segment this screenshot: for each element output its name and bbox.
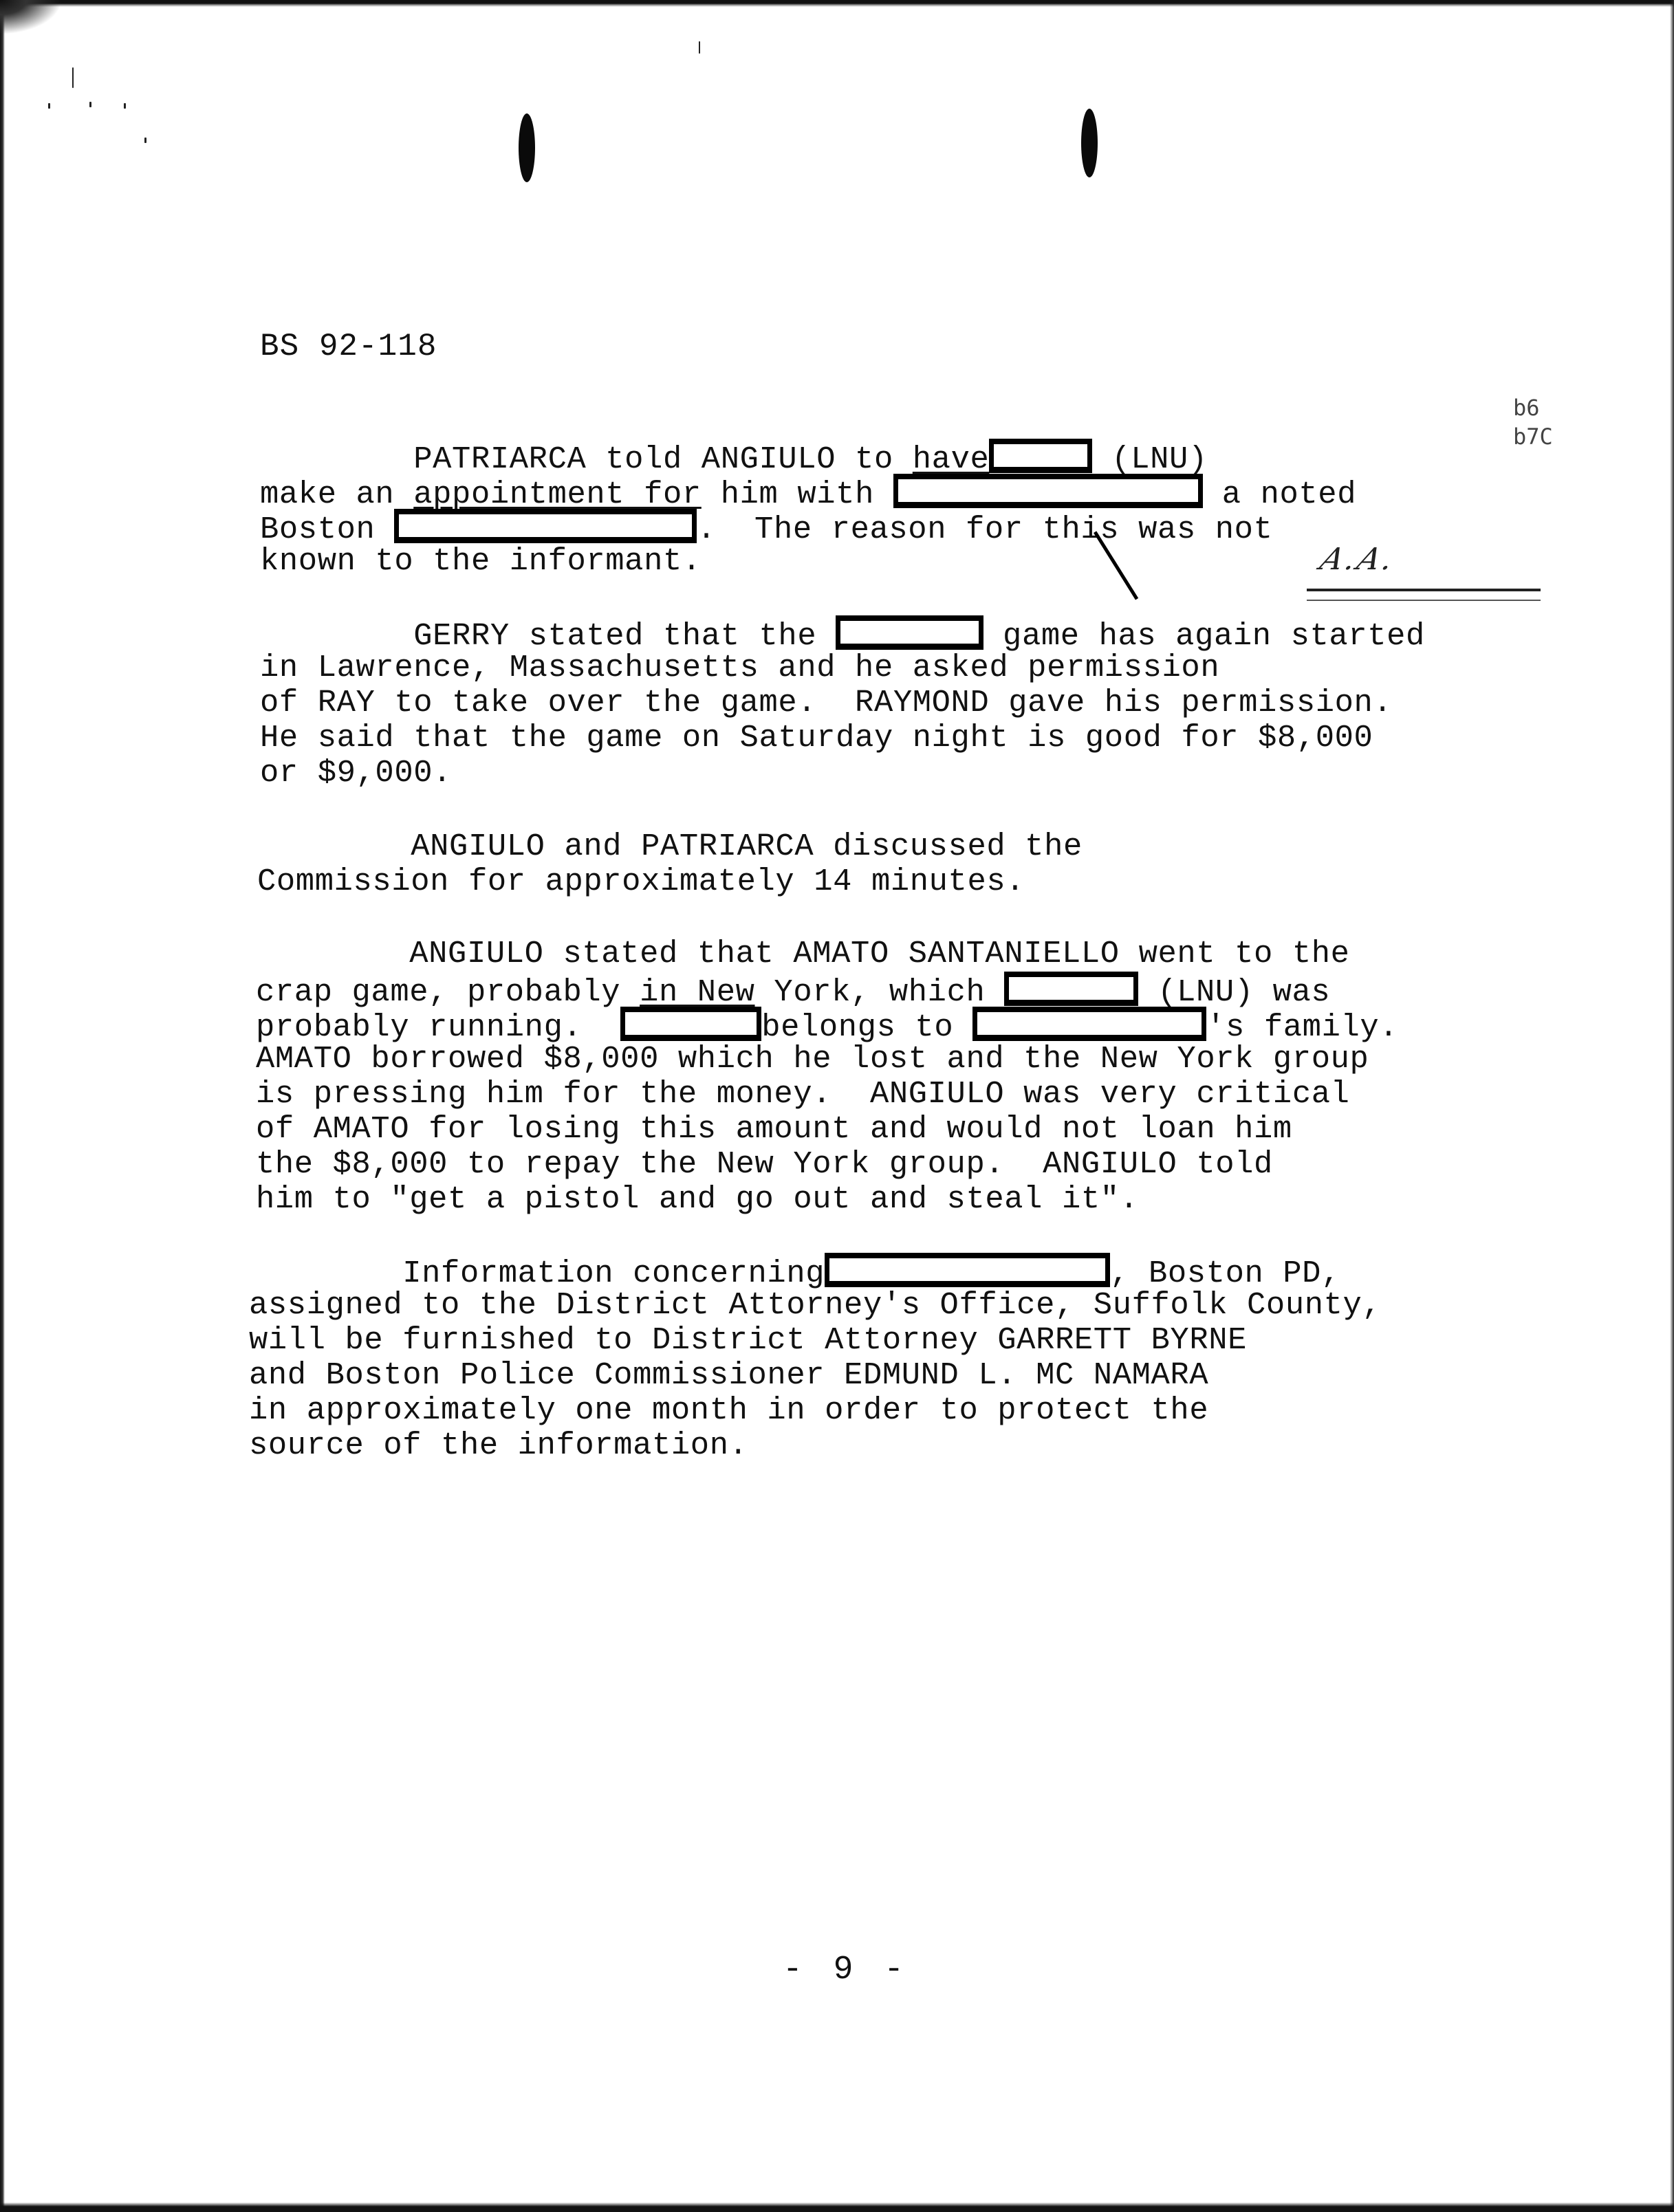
handwritten-initials: A.A. — [1314, 542, 1505, 583]
text-line: is pressing him for the money. ANGIULO w… — [256, 1077, 1398, 1112]
text-line: in approximately one month in order to p… — [249, 1393, 1381, 1428]
text-line: of RAY to take over the game. RAYMOND ga… — [260, 686, 1425, 721]
paragraph-lawrence-game: GERRY stated that the game has again sta… — [260, 615, 1425, 791]
text-line: source of the information. — [249, 1428, 1381, 1463]
speck — [48, 103, 50, 109]
text-line: PATRIARCA told ANGIULO to have (LNU) — [260, 439, 1356, 474]
redaction-box — [836, 615, 983, 650]
text-line: or $9,000. — [260, 756, 1425, 791]
underlined-text: in New — [640, 974, 754, 1010]
paragraph-commission: ANGIULO and PATRIARCA discussed theCommi… — [257, 829, 1083, 899]
file-number: BS 92-118 — [260, 329, 437, 364]
text-line: of AMATO for losing this amount and woul… — [256, 1112, 1398, 1147]
scan-edge-bottom — [0, 2202, 1674, 2212]
text-line: Commission for approximately 14 minutes. — [257, 864, 1083, 899]
text-line: and Boston Police Commissioner EDMUND L.… — [249, 1358, 1381, 1393]
speck — [144, 138, 146, 143]
exemption-code: b6 — [1513, 393, 1553, 422]
redaction-box — [620, 1007, 761, 1041]
text-line: ANGIULO stated that AMATO SANTANIELLO we… — [256, 937, 1398, 972]
text-line: in Lawrence, Massachusetts and he asked … — [260, 650, 1425, 686]
foia-exemption-codes: b6 b7C — [1513, 393, 1553, 451]
text-line: crap game, probably in New York, which (… — [256, 972, 1398, 1007]
underlined-text: have — [913, 441, 990, 477]
speck — [124, 103, 126, 109]
text-line: He said that the game on Saturday night … — [260, 721, 1425, 756]
punch-hole-left — [519, 113, 535, 182]
redaction-box — [394, 509, 697, 543]
scan-edge-right — [1670, 0, 1674, 2212]
underlined-text: appointment for — [413, 477, 702, 512]
redaction-box — [989, 439, 1092, 473]
text-line: make an appointment for him with a noted — [260, 474, 1356, 509]
exemption-code: b7C — [1513, 422, 1553, 451]
text-line: the $8,000 to repay the New York group. … — [256, 1147, 1398, 1182]
speck — [699, 41, 700, 54]
text-line: him to "get a pistol and go out and stea… — [256, 1182, 1398, 1217]
paragraph-santaniello-crap-game: ANGIULO stated that AMATO SANTANIELLO we… — [256, 937, 1398, 1217]
text-line: assigned to the District Attorney's Offi… — [249, 1288, 1381, 1323]
text-line: Information concerning, Boston PD, — [249, 1253, 1381, 1288]
paragraph-patriarca-appointment: PATRIARCA told ANGIULO to have (LNU)make… — [260, 439, 1356, 579]
text-line: will be furnished to District Attorney G… — [249, 1323, 1381, 1358]
corner-smudge — [0, 0, 62, 34]
scan-edge-left — [0, 0, 5, 2212]
redaction-box — [1004, 972, 1138, 1006]
redaction-box — [825, 1253, 1110, 1287]
text-line: known to the informant. — [260, 544, 1356, 579]
text-line: probably running. belongs to 's family. — [256, 1007, 1398, 1042]
redaction-box — [972, 1007, 1206, 1041]
initials-underline — [1307, 589, 1541, 601]
page-number: - 9 - — [783, 1951, 909, 1989]
speck — [72, 67, 74, 88]
text-line: ANGIULO and PATRIARCA discussed the — [257, 829, 1083, 864]
speck — [89, 102, 91, 107]
redaction-box — [893, 474, 1203, 508]
text-line: Boston . The reason for this was not — [260, 509, 1356, 544]
text-line: GERRY stated that the game has again sta… — [260, 615, 1425, 650]
scan-edge-top — [0, 0, 1674, 7]
text-line: AMATO borrowed $8,000 which he lost and … — [256, 1042, 1398, 1077]
punch-hole-right — [1081, 109, 1098, 177]
paragraph-boston-pd-information: Information concerning, Boston PD,assign… — [249, 1253, 1381, 1463]
